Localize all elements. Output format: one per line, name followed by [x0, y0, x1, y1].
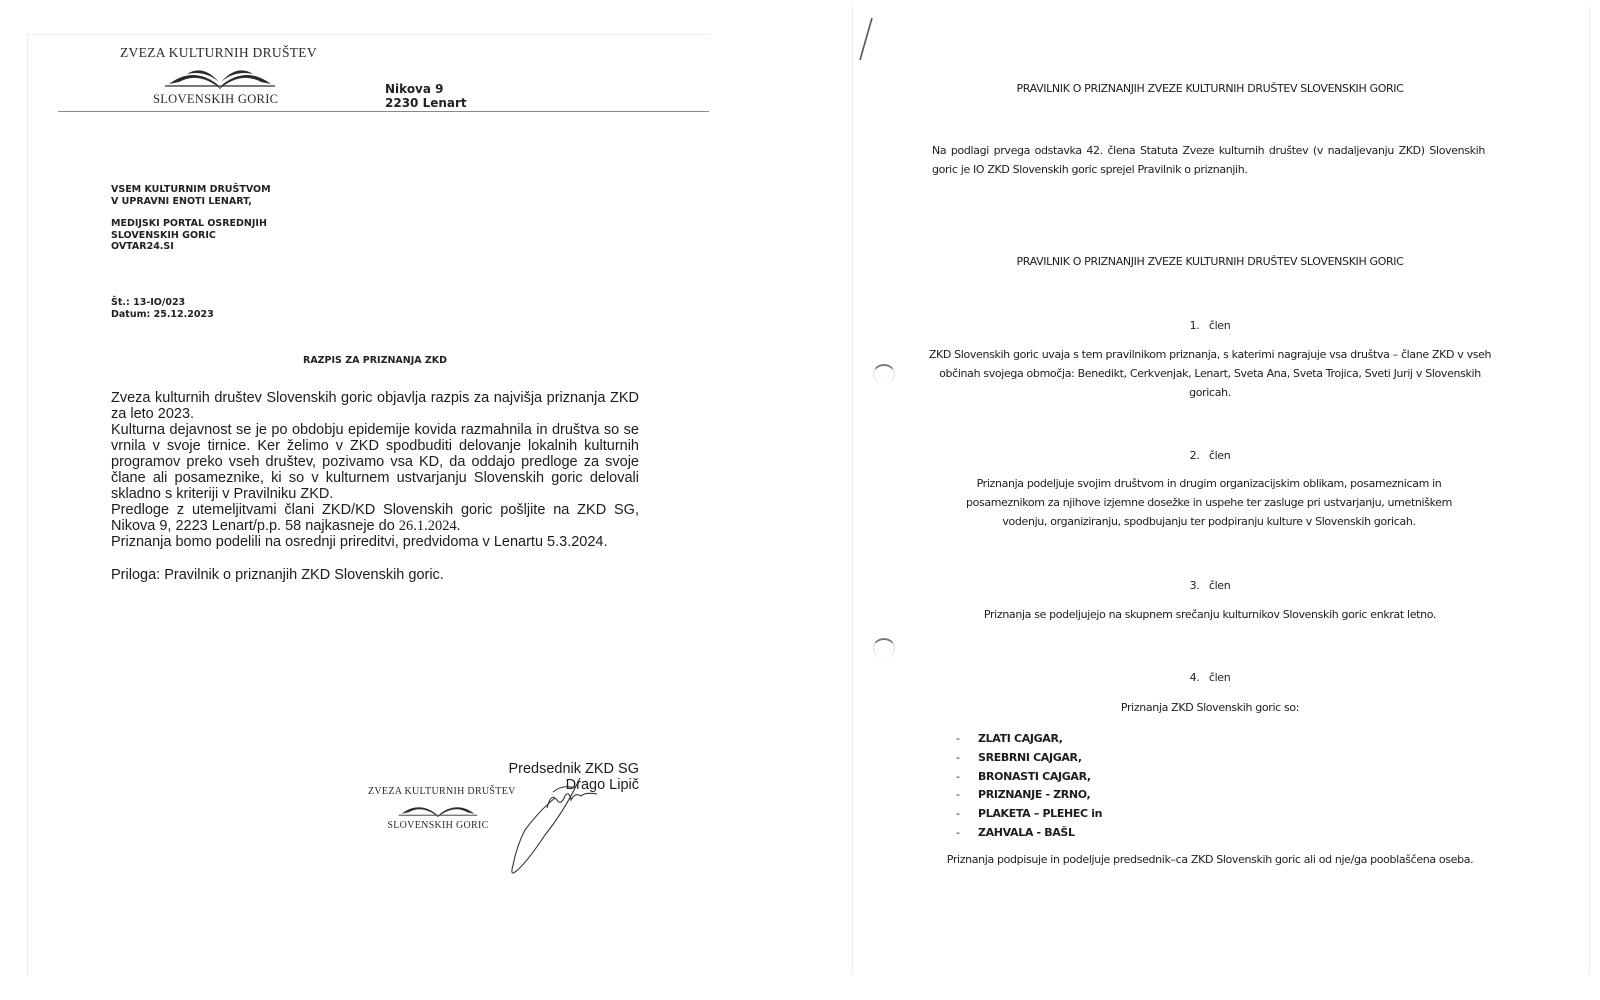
punch-hole-mark	[873, 638, 895, 658]
award-item: -ZLATI CAJGAR,	[956, 730, 1102, 749]
award-item: -PLAKETA – PLEHEC in	[956, 805, 1102, 824]
body-paragraph: Zveza kulturnih društev Slovenskih goric…	[111, 390, 639, 422]
letter-body: Zveza kulturnih društev Slovenskih goric…	[111, 390, 639, 550]
letter-title: RAZPIS ZA PRIZNANJA ZKD	[303, 355, 447, 366]
rules-top-title: PRAVILNIK O PRIZNANJIH ZVEZE KULTURNIH D…	[860, 82, 1560, 95]
awards-list: -ZLATI CAJGAR, -SREBRNI CAJGAR, -BRONAST…	[956, 730, 1102, 843]
recipient-line: OVTAR24.SI	[111, 241, 271, 253]
address-street: Nikova 9	[385, 82, 467, 96]
article-4-text: Priznanja ZKD Slovenskih goric so:	[860, 698, 1560, 717]
recipient-line: VSEM KULTURNIM DRUŠTVOM	[111, 184, 271, 196]
letterhead-org-line2: SLOVENSKIH GORIC	[153, 92, 278, 107]
article-2-text: Priznanja podeljuje svojim društvom in d…	[945, 474, 1473, 531]
rules-intro: Na podlagi prvega odstavka 42. člena Sta…	[932, 141, 1485, 179]
letter-date: Datum: 25.12.2023	[111, 309, 214, 321]
article-1-text: ZKD Slovenskih goric uvaja s tem praviln…	[920, 345, 1500, 402]
award-item: -ZAHVALA - BAŠL	[956, 824, 1102, 843]
attachment-note: Priloga: Pravilnik o priznanjih ZKD Slov…	[111, 567, 639, 583]
punch-hole-mark	[873, 364, 895, 384]
pen-mark	[856, 16, 876, 62]
body-paragraph: Predloge z utemeljitvami člani ZKD/KD Sl…	[111, 502, 639, 534]
rules-second-title: PRAVILNIK O PRIZNANJIH ZVEZE KULTURNIH D…	[860, 255, 1560, 268]
article-3-text: Priznanja se podeljujejo na skupnem sreč…	[860, 605, 1560, 624]
article-1-label: 1. člen	[860, 316, 1560, 335]
article-2-label: 2. člen	[860, 446, 1560, 465]
letterhead-divider	[58, 111, 709, 112]
handwritten-signature	[505, 770, 615, 880]
award-item: -BRONASTI CAJGAR,	[956, 768, 1102, 787]
stamp-book-icon	[398, 798, 478, 818]
address-block: Nikova 9 2230 Lenart	[385, 82, 467, 110]
rules-closing: Priznanja podpisuje in podeljuje predsed…	[860, 853, 1560, 866]
official-stamp: ZVEZA KULTURNIH DRUŠTEV SLOVENSKIH GORIC	[368, 786, 508, 831]
submission-instructions: Predloge z utemeljitvami člani ZKD/KD Sl…	[111, 502, 639, 534]
address-city: 2230 Lenart	[385, 96, 467, 110]
recipient-spacer	[111, 207, 271, 218]
recipient-line: SLOVENSKIH GORIC	[111, 230, 271, 242]
body-paragraph: Priznanja bomo podelili na osrednji prir…	[111, 534, 639, 550]
award-item: -PRIZNANJE - ZRNO,	[956, 786, 1102, 805]
open-book-icon	[165, 62, 275, 90]
reference-number: Št.: 13-IO/023	[111, 297, 214, 309]
stamp-org-line2: SLOVENSKIH GORIC	[368, 820, 508, 831]
article-4-label: 4. člen	[860, 668, 1560, 687]
recipients-block: VSEM KULTURNIM DRUŠTVOM V UPRAVNI ENOTI …	[111, 184, 271, 253]
recipient-line: V UPRAVNI ENOTI LENART,	[111, 196, 271, 208]
stamp-org-line1: ZVEZA KULTURNIH DRUŠTEV	[368, 786, 508, 797]
award-item: -SREBRNI CAJGAR,	[956, 749, 1102, 768]
deadline-date: 26.1.2024.	[399, 518, 461, 534]
letterhead-org-line1: ZVEZA KULTURNIH DRUŠTEV	[120, 45, 317, 61]
article-3-label: 3. člen	[860, 576, 1560, 595]
reference-block: Št.: 13-IO/023 Datum: 25.12.2023	[111, 297, 214, 320]
recipient-line: MEDIJSKI PORTAL OSREDNJIH	[111, 218, 271, 230]
body-paragraph: Kulturna dejavnost se je po obdobju epid…	[111, 422, 639, 502]
